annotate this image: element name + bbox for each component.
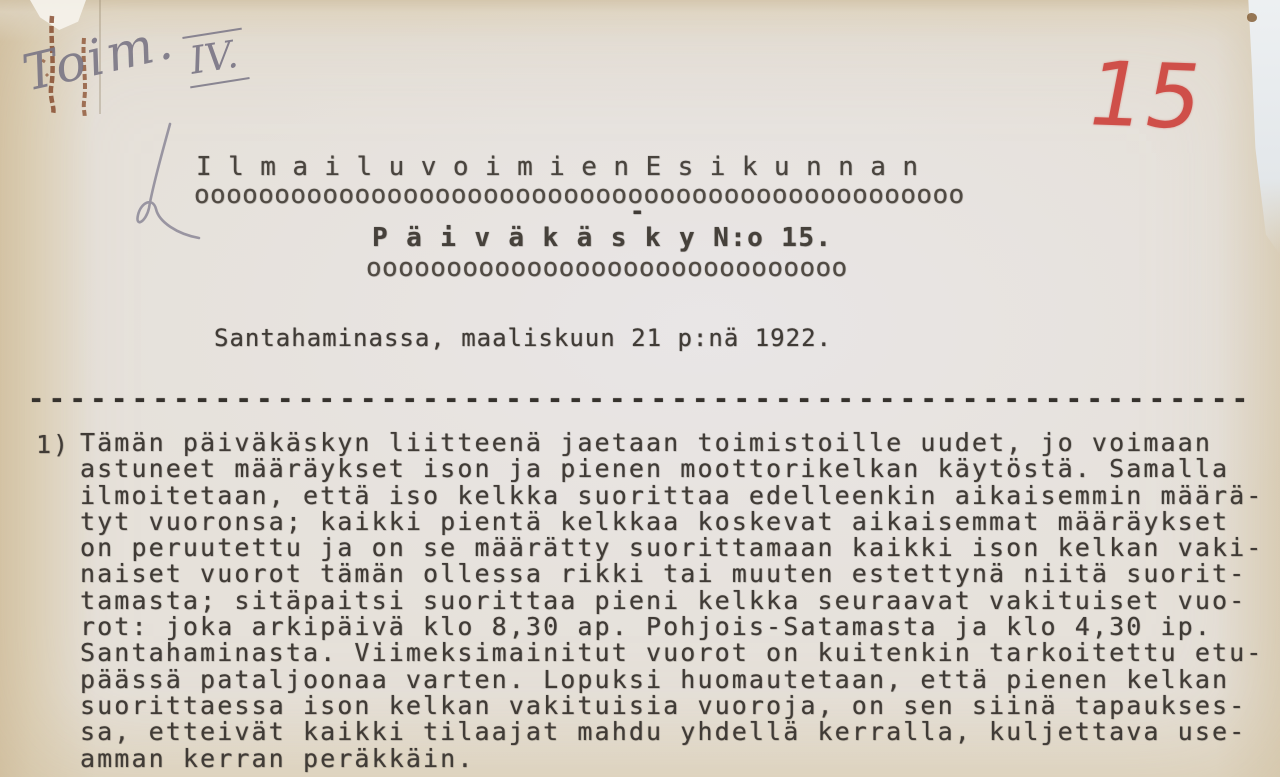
handwritten-red-page-number: 15: [1078, 42, 1213, 149]
scanned-document-page: Toim. IV. 15 I l m a i l u v o i m i e n…: [0, 0, 1280, 777]
list-item-number: 1): [36, 430, 70, 459]
org-title: I l m a i l u v o i m i e n E s i k u n …: [196, 152, 918, 182]
body-paragraph: Tämän päiväkäskyn liitteenä jaetaan toim…: [80, 430, 1263, 772]
dateline: Santahaminassa, maaliskuun 21 p:nä 1922.: [214, 324, 832, 352]
handwritten-dept-number: IV.: [182, 28, 249, 89]
background-paper-edge: [1236, 0, 1280, 255]
corner-stain: [1247, 13, 1257, 22]
header-separator-dash: -: [630, 197, 644, 225]
dashed-divider-rule: ----------------------------------------…: [28, 384, 1280, 415]
order-title-underline: oooooooooooooooooooooooooooooo: [366, 253, 848, 283]
order-title: P ä i v ä k ä s k y N:o 15.: [372, 223, 832, 253]
org-title-underline: oooooooooooooooooooooooooooooooooooooooo…: [194, 180, 965, 210]
